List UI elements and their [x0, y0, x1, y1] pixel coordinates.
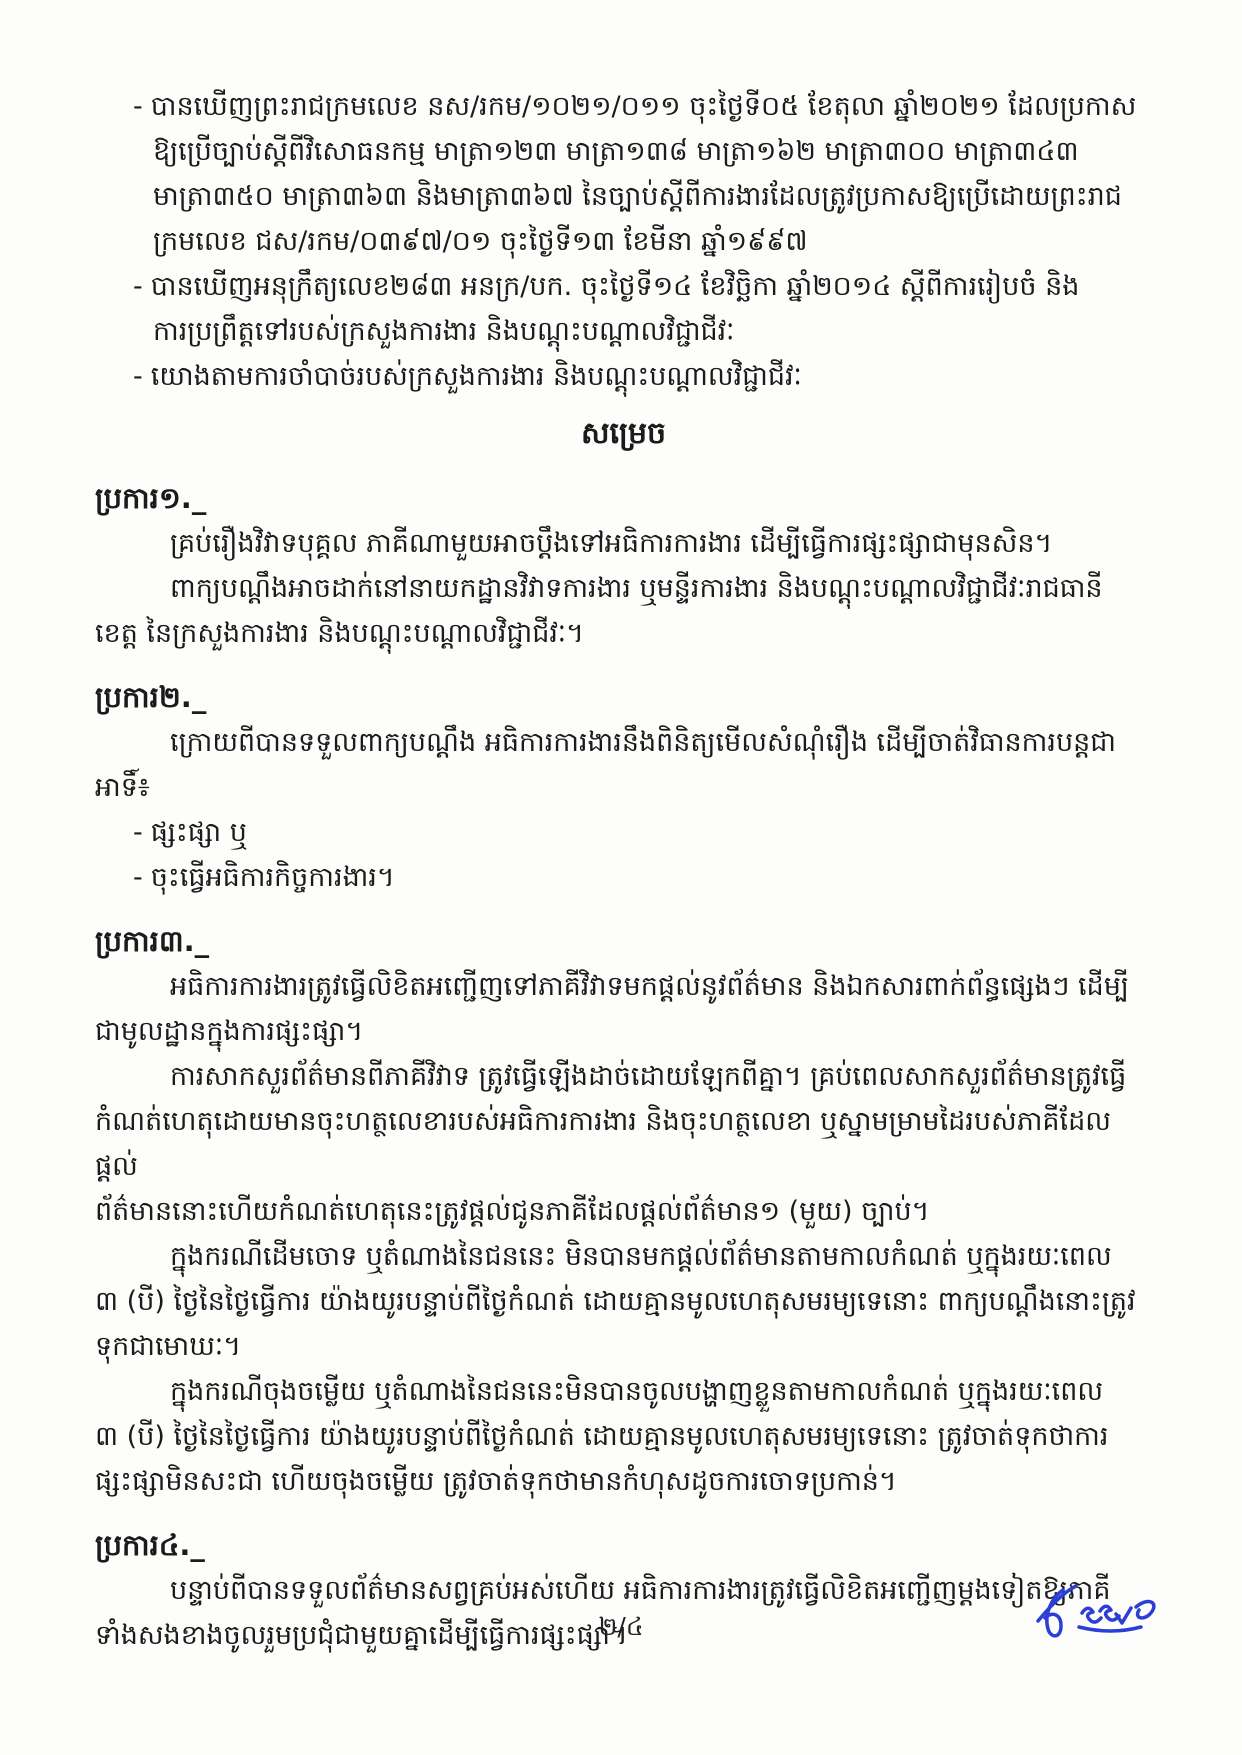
text-line: ព័ត៌មាននោះហើយកំណត់ហេតុនេះត្រូវផ្តល់ជូនភា…: [95, 1189, 1152, 1234]
bullet-dash: -: [133, 271, 151, 302]
bullet-dash: -: [133, 361, 151, 392]
text-line-content: បានឃើញអនុក្រឹត្យលេខ២៨៣ អនក្រ/បក. ចុះថ្ងៃ…: [151, 271, 1080, 302]
paragraph: អធិការការងារត្រូវធ្វើលិខិតអញ្ជើញទៅភាគីវិ…: [95, 964, 1152, 1054]
text-line: គ្រប់រឿងវិវាទបុគ្គល ភាគីណាមួយអាចប្តឹងទៅអ…: [95, 521, 1152, 566]
preamble-item: -បានឃើញព្រះរាជក្រមលេខ នស/រកម/១០២១/០១១ ចុ…: [95, 84, 1152, 264]
text-line: ខេត្ត នៃក្រសួងការងារ និងបណ្តុះបណ្តាលវិជ្…: [95, 611, 1152, 656]
text-line: បន្ទាប់ពីបានទទួលព័ត៌មានសព្វគ្រប់អស់ហើយ អ…: [95, 1568, 1152, 1613]
bullet-list: -ផ្សះផ្សា ឬ -ចុះធ្វើអធិការកិច្ចការងារ។: [95, 810, 1152, 900]
text-line: ៣ (បី) ថ្ងៃនៃថ្ងៃធ្វើការ យ៉ាងយូរបន្ទាប់ព…: [95, 1414, 1152, 1459]
text-line: កំណត់ហេតុដោយមានចុះហត្ថលេខារបស់អធិការការង…: [95, 1099, 1152, 1189]
section-article-3: ប្រការ៣._ អធិការការងារត្រូវធ្វើលិខិតអញ្ជ…: [95, 918, 1152, 1504]
text-line: ឱ្យប្រើច្បាប់ស្តីពីវិសោធនកម្ម មាត្រា១២៣ …: [153, 129, 1152, 174]
section-heading: ប្រការ៤._: [95, 1522, 1152, 1568]
preamble-item: -យោងតាមការចាំបាច់របស់ក្រសួងការងារ និងបណ្…: [95, 354, 1152, 399]
section-article-2: ប្រការ២._ ក្រោយពីបានទទួលពាក្យបណ្តឹង អធិក…: [95, 674, 1152, 900]
document-content: -បានឃើញព្រះរាជក្រមលេខ នស/រកម/១០២១/០១១ ចុ…: [0, 0, 1242, 1658]
text-line: ក្នុងករណីដើមចោទ ឬតំណាងនៃជននេះ មិនបានមកផ្…: [95, 1234, 1152, 1279]
bullet-item: -ផ្សះផ្សា ឬ: [153, 810, 1152, 855]
preamble-item: -បានឃើញអនុក្រឹត្យលេខ២៨៣ អនក្រ/បក. ចុះថ្ង…: [95, 264, 1152, 354]
text-line: ការសាកសួរព័ត៌មានពីភាគីវិវាទ ត្រូវធ្វើឡើង…: [95, 1054, 1152, 1099]
bullet-item: -ចុះធ្វើអធិការកិច្ចការងារ។: [153, 855, 1152, 900]
paragraph: ក្រោយពីបានទទួលពាក្យបណ្តឹង អធិការការងារនឹ…: [95, 720, 1152, 810]
bullet-item-text: ផ្សះផ្សា ឬ: [151, 817, 247, 848]
bullet-dash: -: [133, 862, 151, 893]
text-line: -បានឃើញអនុក្រឹត្យលេខ២៨៣ អនក្រ/បក. ចុះថ្ង…: [153, 264, 1152, 309]
text-line: -យោងតាមការចាំបាច់របស់ក្រសួងការងារ និងបណ្…: [153, 354, 1152, 399]
text-line: ក្រោយពីបានទទួលពាក្យបណ្តឹង អធិការការងារនឹ…: [95, 720, 1152, 810]
document-page: -បានឃើញព្រះរាជក្រមលេខ នស/រកម/១០២១/០១១ ចុ…: [0, 0, 1242, 1755]
bullet-item-text: ចុះធ្វើអធិការកិច្ចការងារ។: [151, 862, 395, 893]
section-heading: ប្រការ៣._: [95, 918, 1152, 964]
paragraph: គ្រប់រឿងវិវាទបុគ្គល ភាគីណាមួយអាចប្តឹងទៅអ…: [95, 521, 1152, 566]
decision-heading: សម្រេច: [95, 411, 1152, 457]
text-line: ផ្សះផ្សាមិនសះជា ហើយចុងចម្លើយ ត្រូវចាត់ទុ…: [95, 1459, 1152, 1504]
text-line: ការប្រព្រឹត្តទៅរបស់ក្រសួងការងារ និងបណ្តុ…: [153, 309, 1152, 354]
paragraph: ក្នុងករណីចុងចម្លើយ ឬតំណាងនៃជននេះមិនបានចូ…: [95, 1369, 1152, 1504]
text-line: ក្រមលេខ ជស/រកម/០៣៩៧/០១ ចុះថ្ងៃទី១៣ ខែមីន…: [153, 219, 1152, 264]
paragraph: ពាក្យបណ្តឹងអាចដាក់នៅនាយកដ្ឋានវិវាទការងារ…: [95, 566, 1152, 656]
text-line: មាត្រា៣៥០ មាត្រា៣៦៣ និងមាត្រា៣៦៧ នៃច្បាប…: [153, 174, 1152, 219]
section-article-1: ប្រការ១._ គ្រប់រឿងវិវាទបុគ្គល ភាគីណាមួយអ…: [95, 475, 1152, 656]
bullet-dash: -: [133, 817, 151, 848]
preamble: -បានឃើញព្រះរាជក្រមលេខ នស/រកម/១០២១/០១១ ចុ…: [95, 84, 1152, 399]
signature-scribble: [1032, 1583, 1190, 1653]
text-line: ៣ (បី) ថ្ងៃនៃថ្ងៃធ្វើការ យ៉ាងយូរបន្ទាប់ព…: [95, 1279, 1152, 1324]
paragraph: ក្នុងករណីដើមចោទ ឬតំណាងនៃជននេះ មិនបានមកផ្…: [95, 1234, 1152, 1369]
bullet-dash: -: [133, 91, 151, 122]
text-line: ទុកជាមោឃៈ។: [95, 1324, 1152, 1369]
paragraph: ការសាកសួរព័ត៌មានពីភាគីវិវាទ ត្រូវធ្វើឡើង…: [95, 1054, 1152, 1234]
text-line-content: បានឃើញព្រះរាជក្រមលេខ នស/រកម/១០២១/០១១ ចុះ…: [151, 91, 1137, 122]
text-line: ពាក្យបណ្តឹងអាចដាក់នៅនាយកដ្ឋានវិវាទការងារ…: [95, 566, 1152, 611]
text-line: -បានឃើញព្រះរាជក្រមលេខ នស/រកម/១០២១/០១១ ចុ…: [153, 84, 1152, 129]
section-heading: ប្រការ១._: [95, 475, 1152, 521]
section-heading: ប្រការ២._: [95, 674, 1152, 720]
text-line: ក្នុងករណីចុងចម្លើយ ឬតំណាងនៃជននេះមិនបានចូ…: [95, 1369, 1152, 1414]
text-line: ជាមូលដ្ឋានក្នុងការផ្សះផ្សា។: [95, 1009, 1152, 1054]
text-line: អធិការការងារត្រូវធ្វើលិខិតអញ្ជើញទៅភាគីវិ…: [95, 964, 1152, 1009]
text-line-content: យោងតាមការចាំបាច់របស់ក្រសួងការងារ និងបណ្ត…: [151, 361, 802, 392]
